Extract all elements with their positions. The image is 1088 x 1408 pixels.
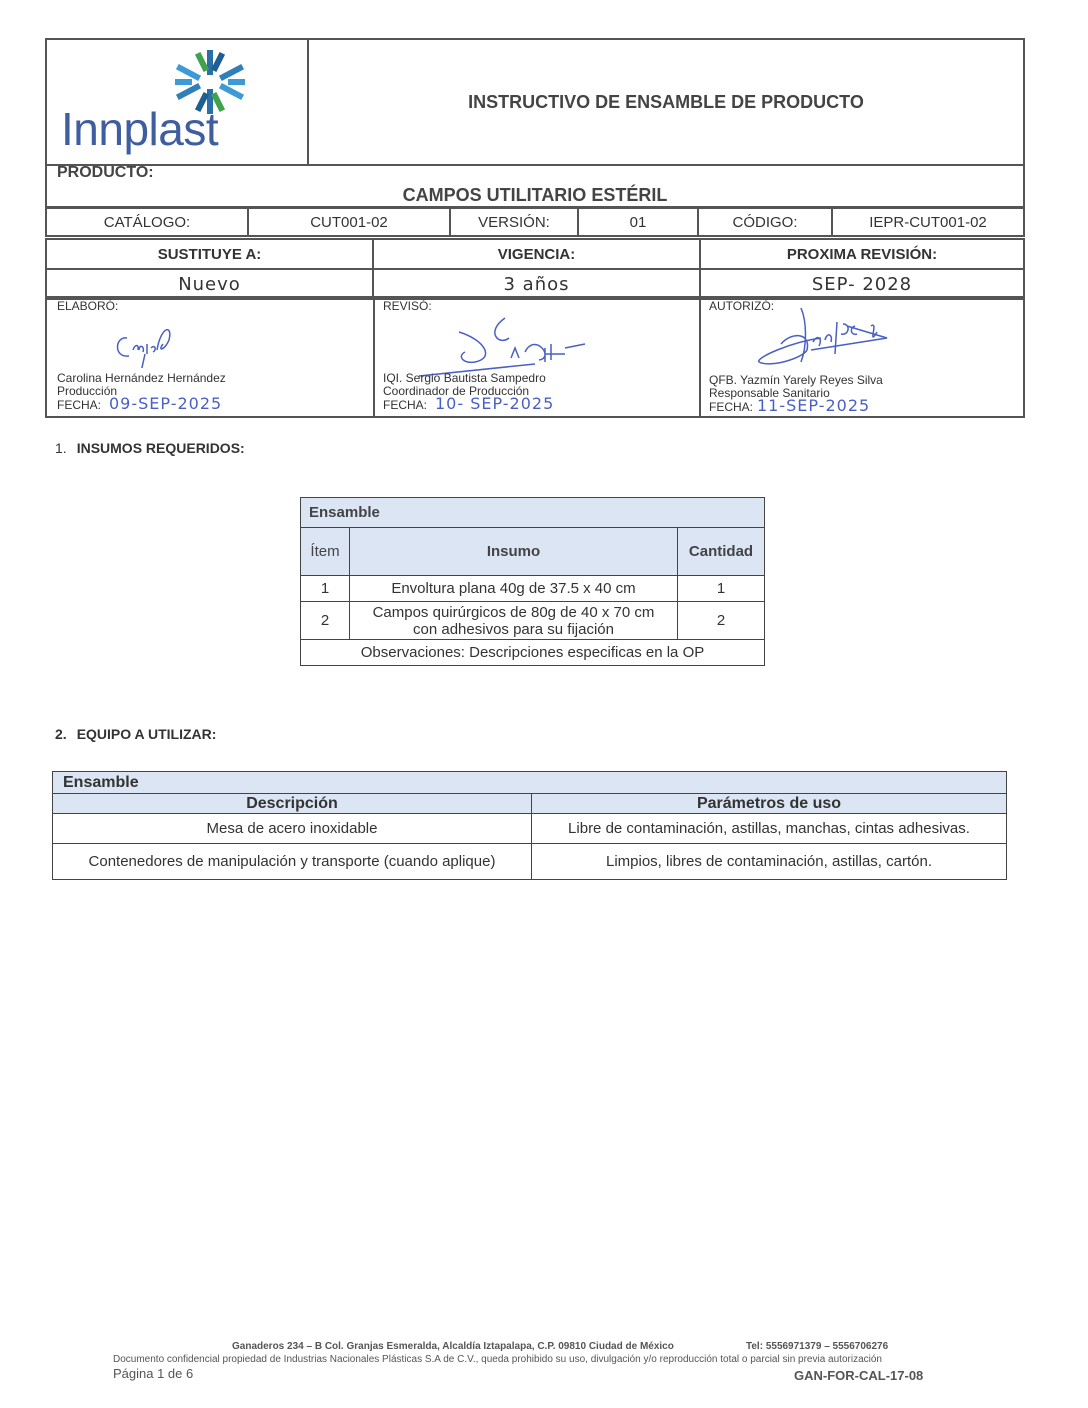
signatures-block: ELABORÓ: Carolina Hernández Hernández Pr… xyxy=(45,296,1025,418)
table-row: Mesa de acero inoxidable Libre de contam… xyxy=(53,814,1007,844)
catalog-table: CATÁLOGO: CUT001-02 VERSIÓN: 01 CÓDIGO: … xyxy=(45,207,1025,237)
form-code: GAN-FOR-CAL-17-08 xyxy=(794,1368,923,1383)
signature-date: 10- SEP-2025 xyxy=(435,394,554,413)
cell-insumo: Envoltura plana 40g de 37.5 x 40 cm xyxy=(350,576,678,602)
product-name: CAMPOS UTILITARIO ESTÉRIL xyxy=(47,185,1023,206)
role-label: ELABORÓ: xyxy=(57,300,118,313)
cell-parametros: Limpios, libres de contaminación, astill… xyxy=(532,844,1007,880)
cell-cantidad: 1 xyxy=(678,576,765,602)
catalogo-label: CATÁLOGO: xyxy=(46,208,248,236)
cell-descripcion: Mesa de acero inoxidable xyxy=(53,814,532,844)
document-header: Innplast INSTRUCTIVO DE ENSAMBLE DE PROD… xyxy=(45,38,1025,166)
column-header-insumo: Insumo xyxy=(350,528,678,576)
signature-scribble-icon xyxy=(107,316,187,368)
insumo-line: Campos quirúrgicos de 80g de 40 x 70 cm xyxy=(350,604,677,621)
cell-cantidad: 2 xyxy=(678,602,765,640)
column-header-parametros: Parámetros de uso xyxy=(532,794,1007,814)
section-1-heading: 1.INSUMOS REQUERIDOS: xyxy=(55,440,245,456)
revision-table: SUSTITUYE A: VIGENCIA: PROXIMA REVISIÓN:… xyxy=(45,238,1025,300)
cell-insumo: Campos quirúrgicos de 80g de 40 x 70 cm … xyxy=(350,602,678,640)
equipo-table: Ensamble Descripción Parámetros de uso M… xyxy=(52,771,1007,880)
section-number: 2. xyxy=(55,726,67,742)
signature-date: 09-SEP-2025 xyxy=(109,394,222,413)
codigo-label: CÓDIGO: xyxy=(698,208,832,236)
table-row: 2 Campos quirúrgicos de 80g de 40 x 70 c… xyxy=(301,602,765,640)
logo-cell: Innplast xyxy=(47,40,309,164)
observaciones: Observaciones: Descripciones especificas… xyxy=(301,640,765,666)
document-title: INSTRUCTIVO DE ENSAMBLE DE PRODUCTO xyxy=(309,40,1023,164)
date-label: FECHA: xyxy=(383,399,427,412)
signature-reviso: REVISÓ: IQI. Sergio Bautista Sampedro Co… xyxy=(373,298,701,416)
footer-phone: Tel: 5556971379 – 5556706276 xyxy=(746,1341,888,1352)
column-header-cantidad: Cantidad xyxy=(678,528,765,576)
cell-descripcion: Contenedores de manipulación y transport… xyxy=(53,844,532,880)
cell-parametros: Libre de contaminación, astillas, mancha… xyxy=(532,814,1007,844)
footer-confidential: Documento confidencial propiedad de Indu… xyxy=(113,1354,882,1365)
signature-elaboro: ELABORÓ: Carolina Hernández Hernández Pr… xyxy=(47,298,373,416)
insumos-table: Ensamble Ítem Insumo Cantidad 1 Envoltur… xyxy=(300,497,765,666)
table-row: 1 Envoltura plana 40g de 37.5 x 40 cm 1 xyxy=(301,576,765,602)
sustituye-value: Nuevo xyxy=(46,269,373,299)
logo-text: Innplast xyxy=(61,102,218,156)
date-label: FECHA: xyxy=(709,401,753,414)
version-value: 01 xyxy=(578,208,698,236)
signature-date: 11-SEP-2025 xyxy=(757,396,870,415)
table-caption: Ensamble xyxy=(301,498,765,528)
date-label: FECHA: xyxy=(57,399,101,412)
table-caption: Ensamble xyxy=(53,772,1007,794)
vigencia-value: 3 años xyxy=(373,269,700,299)
section-number: 1. xyxy=(55,440,67,456)
column-header-descripcion: Descripción xyxy=(53,794,532,814)
version-label: VERSIÓN: xyxy=(450,208,578,236)
signature-scribble-icon xyxy=(751,302,901,382)
cell-item: 2 xyxy=(301,602,350,640)
codigo-value: IEPR-CUT001-02 xyxy=(832,208,1024,236)
cell-item: 1 xyxy=(301,576,350,602)
section-title: EQUIPO A UTILIZAR: xyxy=(77,726,217,742)
proxima-revision-label: PROXIMA REVISIÓN: xyxy=(700,239,1024,269)
proxima-revision-value: SEP- 2028 xyxy=(700,269,1024,299)
product-label: PRODUCTO: xyxy=(57,164,154,182)
product-section: PRODUCTO: CAMPOS UTILITARIO ESTÉRIL xyxy=(45,164,1025,208)
insumo-line: con adhesivos para su fijación xyxy=(350,621,677,638)
catalogo-value: CUT001-02 xyxy=(248,208,450,236)
section-2-heading: 2.EQUIPO A UTILIZAR: xyxy=(55,726,216,742)
sustituye-label: SUSTITUYE A: xyxy=(46,239,373,269)
vigencia-label: VIGENCIA: xyxy=(373,239,700,269)
column-header-item: Ítem xyxy=(301,528,350,576)
signature-autorizo: AUTORIZÓ: QFB. Yazmín Yarely Reyes Silva… xyxy=(699,298,1023,416)
table-row: Contenedores de manipulación y transport… xyxy=(53,844,1007,880)
section-title: INSUMOS REQUERIDOS: xyxy=(77,440,245,456)
page-number: Página 1 de 6 xyxy=(113,1366,193,1381)
footer-address: Ganaderos 234 – B Col. Granjas Esmeralda… xyxy=(232,1341,674,1352)
